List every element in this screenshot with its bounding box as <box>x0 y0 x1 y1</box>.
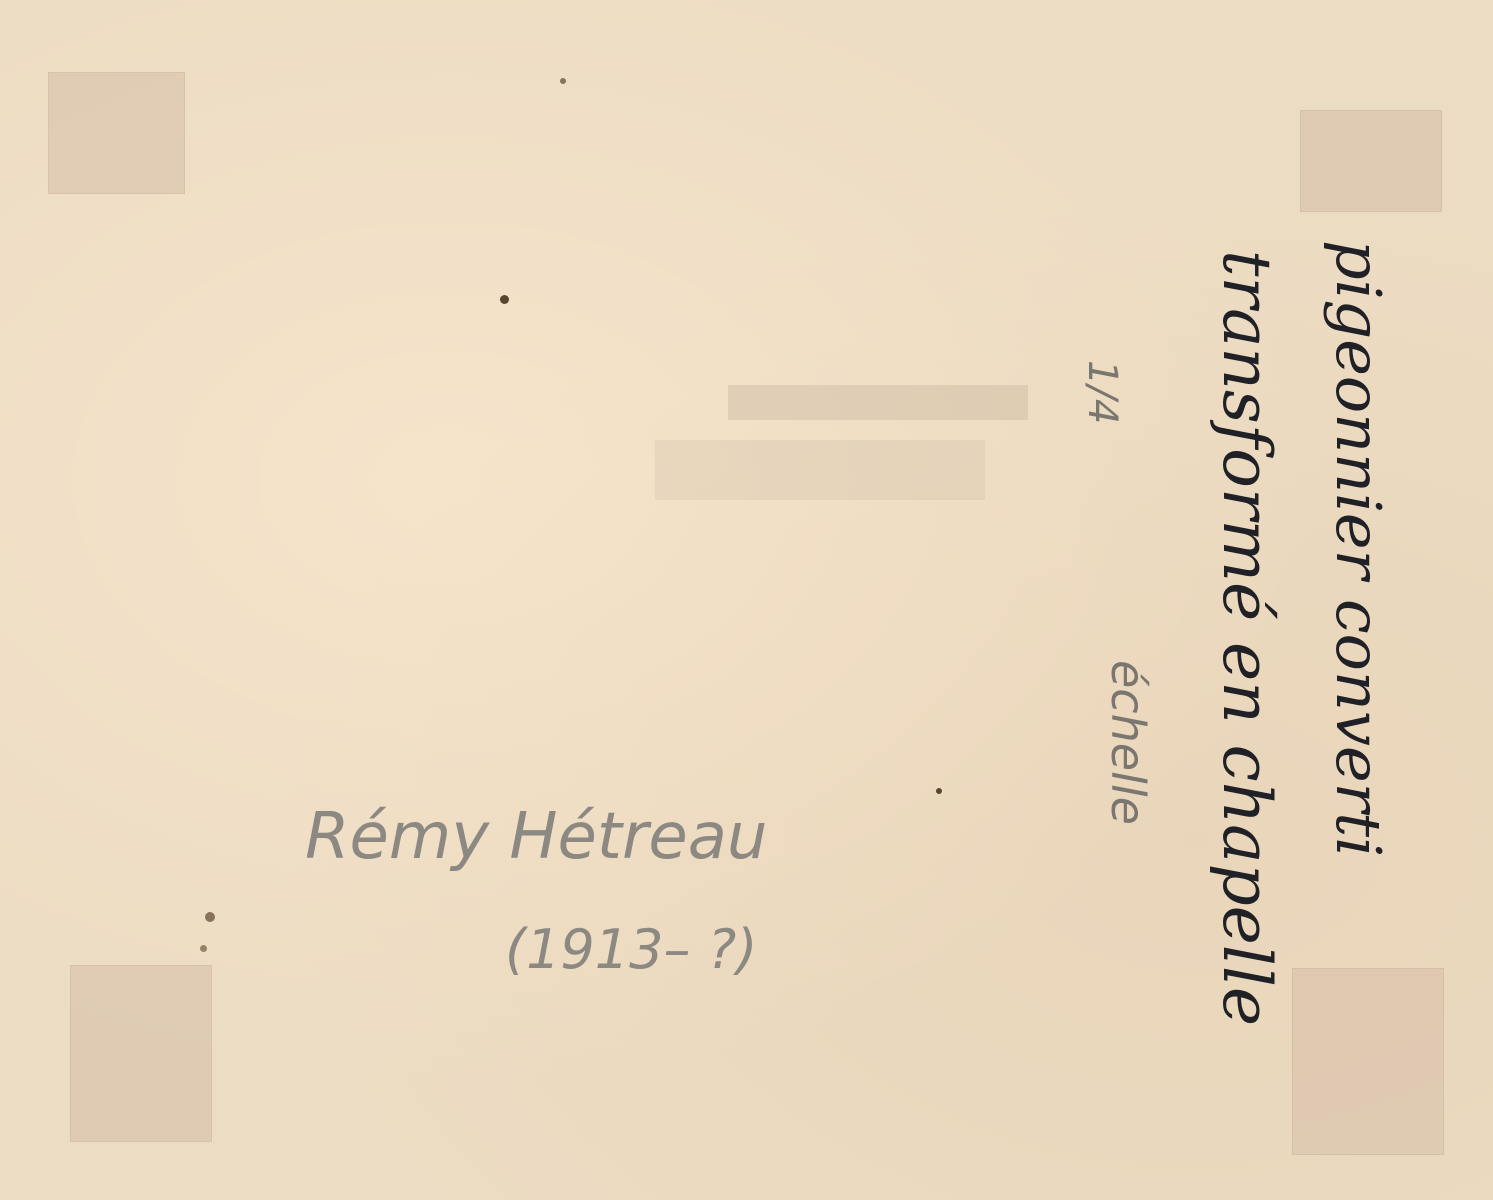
pencil-fraction: 1/4 <box>1079 360 1125 424</box>
faded-stamp-top <box>728 385 1028 420</box>
ink-line-1: pigeonnier converti <box>1322 240 1395 857</box>
tape-bottom-right <box>1292 968 1444 1155</box>
tape-top-left <box>48 72 185 194</box>
card-back: pigeonnier converti transformé en chapel… <box>0 0 1493 1200</box>
tape-bottom-left <box>70 965 212 1142</box>
stain-spot <box>205 912 215 922</box>
stain-spot <box>936 788 942 794</box>
pencil-scale-note: échelle <box>1101 660 1155 825</box>
artist-name: Rémy Hétreau <box>305 800 767 874</box>
ink-line-2: transformé en chapelle <box>1208 250 1285 1026</box>
stain-spot <box>560 78 566 84</box>
stain-spot <box>500 295 509 304</box>
tape-top-right <box>1300 110 1442 212</box>
faded-stamp-bottom <box>655 440 985 500</box>
artist-dates: (1913– ?) <box>505 918 757 981</box>
stain-spot <box>200 945 207 952</box>
